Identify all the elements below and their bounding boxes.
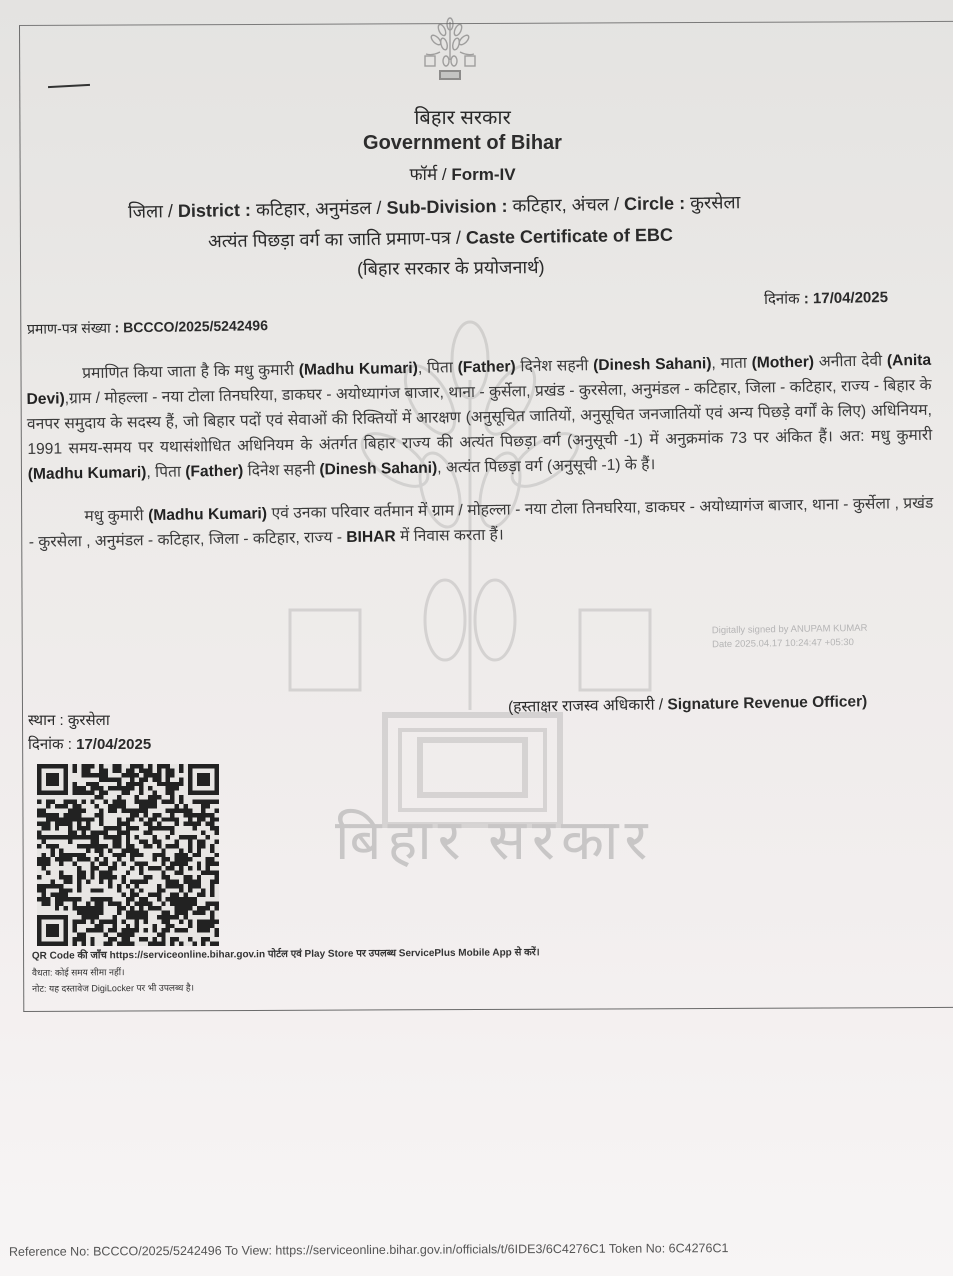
certificate-body: प्रमाणित किया जाता है कि मधु कुमारी (Mad… [26,348,934,573]
certificate-number-value: BCCCO/2025/5242496 [123,317,268,335]
issue-date-value: 17/04/2025 [76,736,151,753]
district-label: District [178,200,240,221]
signature-label-english: Signature Revenue Officer) [667,693,867,713]
certificate-title-hindi: अत्यंत पिछड़ा वर्ग का जाति प्रमाण-पत्र [208,228,451,251]
place-label: स्थान [28,712,55,729]
certificate-paragraph-1: प्रमाणित किया जाता है कि मधु कुमारी (Mad… [26,348,933,487]
digital-signature-stamp: Digitally signed by ANUPAM KUMAR Date 20… [712,622,868,652]
date-label: दिनांक [764,290,800,308]
certificate-number: प्रमाण-पत्र संख्या : BCCCO/2025/5242496 [27,316,268,339]
applicant-name: (Madhu Kumari) [299,360,418,379]
subdivision-label: Sub-Division [386,196,496,218]
qr-code[interactable] [37,764,219,946]
government-title-hindi: बिहार सरकार [0,103,925,130]
circle-label: Circle [624,193,674,214]
certificate-subtitle: (बिहार सरकार के प्रयोजनार्थ) [357,255,545,281]
date-value: 17/04/2025 [813,289,888,307]
certificate-number-label: प्रमाण-पत्र संख्या [27,320,111,337]
issue-date-label: दिनांक [28,736,64,753]
circle-value: कुरसेला [690,192,741,213]
qr-verification-note: QR Code की जाँच https://serviceonline.bi… [32,945,540,997]
applicant-address: ,ग्राम / मोहल्ला - नया टोला तिनघरिया, डा… [27,377,933,458]
government-title: Government of Bihar [0,132,925,155]
form-number: फॉर्म / Form-IV [0,162,925,185]
signature-label-hindi: (हस्ताक्षर राजस्व अधिकारी [508,697,655,716]
certificate-title-english: Caste Certificate of EBC [466,225,673,248]
subdivision-label-hindi: अनुमंडल [315,198,372,219]
bihar-emblem-icon [420,14,480,84]
district-value: कटिहार [256,199,305,220]
form-label: Form-IV [451,165,515,184]
place-value: कुरसेला [68,712,110,729]
certificate-paragraph-2: मधु कुमारी (Madhu Kumari) एवं उनका परिवा… [28,491,934,555]
digital-signature-date: Date 2025.04.17 10:24:47 +05:30 [712,636,868,652]
certificate-date: दिनांक : 17/04/2025 [764,287,888,309]
watermark-text: बिहार सरकार [335,800,653,876]
place-field: स्थान : कुरसेला [28,710,110,730]
subdivision-value: कटिहार [512,195,561,216]
form-label-hindi: फॉर्म [409,165,437,184]
circle-label-hindi: अंचल [571,194,609,215]
reference-footer: Reference No: BCCCO/2025/5242496 To View… [9,1241,728,1259]
issue-date-field: दिनांक : 17/04/2025 [28,734,151,754]
district-label-hindi: जिला [128,201,163,222]
father-name: (Dinesh Sahani) [593,355,712,374]
